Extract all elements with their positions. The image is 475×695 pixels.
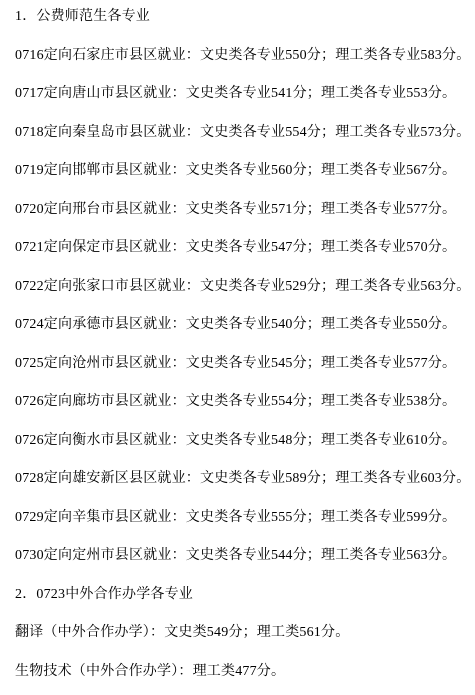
section-1-heading: 1．公费师范生各专业 [15, 9, 469, 25]
score-line-0716: 0716定向石家庄市县区就业：文史类各专业550分；理工类各专业583分。 [15, 48, 469, 64]
score-line-0730: 0730定向定州市县区就业：文史类各专业544分；理工类各专业563分。 [15, 548, 469, 564]
document: 1．公费师范生各专业 0716定向石家庄市县区就业：文史类各专业550分；理工类… [0, 0, 475, 695]
score-line-translation: 翻译（中外合作办学）：文史类549分；理工类561分。 [15, 625, 469, 641]
score-line-0725: 0725定向沧州市县区就业：文史类各专业545分；理工类各专业577分。 [15, 356, 469, 372]
score-line-0721: 0721定向保定市县区就业：文史类各专业547分；理工类各专业570分。 [15, 240, 469, 256]
score-line-biotech: 生物技术（中外合作办学）：理工类477分。 [15, 664, 469, 680]
score-line-0729: 0729定向辛集市县区就业：文史类各专业555分；理工类各专业599分。 [15, 510, 469, 526]
score-line-0728: 0728定向雄安新区县区就业：文史类各专业589分；理工类各专业603分。 [15, 471, 469, 487]
score-line-0718: 0718定向秦皇岛市县区就业：文史类各专业554分；理工类各专业573分。 [15, 125, 469, 141]
score-line-0719: 0719定向邯郸市县区就业：文史类各专业560分；理工类各专业567分。 [15, 163, 469, 179]
section-2-heading: 2．0723中外合作办学各专业 [15, 587, 469, 603]
score-line-0717: 0717定向唐山市县区就业：文史类各专业541分；理工类各专业553分。 [15, 86, 469, 102]
score-line-0722: 0722定向张家口市县区就业：文史类各专业529分；理工类各专业563分。 [15, 279, 469, 295]
score-line-0724: 0724定向承德市县区就业：文史类各专业540分；理工类各专业550分。 [15, 317, 469, 333]
score-line-0726-hengshui: 0726定向衡水市县区就业：文史类各专业548分；理工类各专业610分。 [15, 433, 469, 449]
score-line-0726-langfang: 0726定向廊坊市县区就业：文史类各专业554分；理工类各专业538分。 [15, 394, 469, 410]
score-line-0720: 0720定向邢台市县区就业：文史类各专业571分；理工类各专业577分。 [15, 202, 469, 218]
